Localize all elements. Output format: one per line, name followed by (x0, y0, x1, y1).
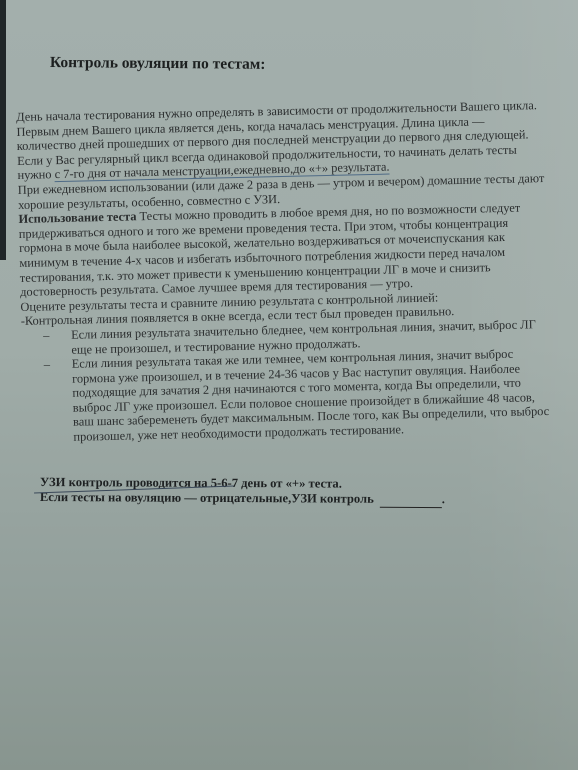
list-item-text: Если линия результата такая же или темне… (72, 347, 550, 444)
list-item: – Если линия результата такая же или тем… (22, 346, 554, 446)
background-edge (0, 0, 6, 260)
negative-tests-text: Если тесты на овуляцию — отрицательные,У… (40, 490, 374, 506)
blank-fill-line (380, 492, 442, 508)
document-body: День начала тестирования нужно определят… (16, 98, 553, 446)
dash-marker: – (43, 328, 50, 343)
document-title: Контроль овуляции по тестам: (50, 54, 266, 74)
document-footer: УЗИ контроль проводится на 5-6-7 день от… (40, 475, 480, 508)
paragraph-test-usage: Использование теста Тесты можно проводит… (18, 200, 550, 300)
negative-tests-period: . (442, 492, 445, 506)
dash-marker: – (44, 357, 51, 372)
negative-tests-note: Если тесты на овуляцию — отрицательные,У… (40, 490, 480, 508)
